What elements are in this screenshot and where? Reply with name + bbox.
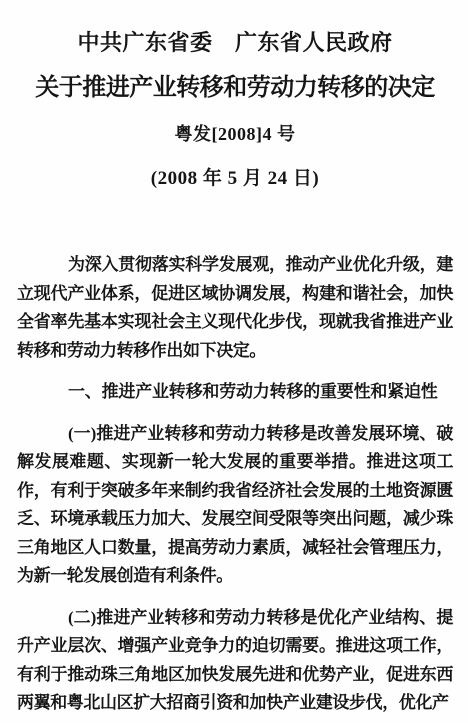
- item-1-paragraph: (一)推进产业转移和劳动力转移是改善发展环境、破解发展难题、实现新一轮大发展的重…: [17, 420, 453, 591]
- section-1-heading: 一、推进产业转移和劳动力转移的重要性和紧迫性: [17, 378, 453, 407]
- scanned-document-page: 中共广东省委 广东省人民政府 关于推进产业转移和劳动力转移的决定 粤发[2008…: [0, 0, 468, 723]
- document-issuer-title: 中共广东省委 广东省人民政府: [17, 27, 453, 58]
- intro-paragraph: 为深入贯彻落实科学发展观，推动产业优化升级，建立现代产业体系，促进区域协调发展，…: [17, 251, 453, 365]
- document-number: 粤发[2008]4 号: [17, 122, 453, 147]
- item-2-paragraph-partial: (二)推进产业转移和劳动力转移是优化产业结构、提升产业层次、增强产业竞争力的迫切…: [17, 604, 453, 718]
- document-date: (2008 年 5 月 24 日): [17, 166, 453, 191]
- document-subject-title: 关于推进产业转移和劳动力转移的决定: [17, 72, 453, 105]
